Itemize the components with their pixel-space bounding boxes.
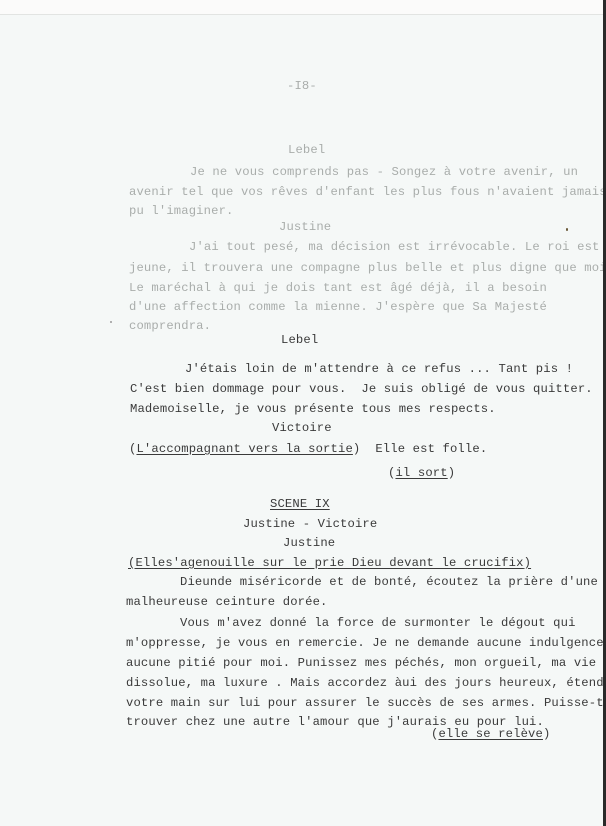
speaker-name: Lebel	[288, 144, 325, 156]
typewritten-page: -I8- Lebel Je ne vous comprends pas - So…	[0, 0, 603, 826]
stage-direction: Elles'agenouille sur le prie Dieu devant…	[135, 556, 523, 570]
ink-speck	[566, 228, 568, 231]
stage-direction-line: (L'accompagnant vers la sortie) Elle est…	[129, 443, 487, 455]
dialogue-line: J'étais loin de m'attendre à ce refus ..…	[185, 363, 573, 375]
stage-direction-line: (Elles'agenouille sur le prie Dieu devan…	[128, 557, 531, 569]
stage-direction: L'accompagnant vers la sortie	[136, 442, 352, 456]
dialogue-line: aucune pitié pour moi. Punissez mes péch…	[126, 657, 596, 669]
dialogue-line: Mademoiselle, je vous présente tous mes …	[130, 403, 496, 415]
dialogue-line: pu l'imaginer.	[129, 205, 234, 217]
dialogue-line: J'ai tout pesé, ma décision est irrévoca…	[189, 241, 600, 253]
dialogue-line: dissolue, ma luxure . Mais accordez àui …	[126, 677, 606, 689]
ink-speck	[110, 321, 112, 323]
scene-title: SCENE IX	[270, 498, 330, 510]
scene-characters: Justine - Victoire	[243, 518, 377, 530]
dialogue-line: d'une affection comme la mienne. J'espèr…	[129, 301, 547, 313]
dialogue-line: m'oppresse, je vous en remercie. Je ne d…	[126, 637, 604, 649]
dialogue-line: comprendra.	[129, 320, 211, 332]
dialogue-line: Je ne vous comprends pas - Songez à votr…	[190, 166, 578, 178]
exit-direction: elle se relève	[438, 727, 543, 741]
exit-direction: il sort	[395, 466, 447, 480]
speaker-name: Lebel	[281, 334, 318, 346]
dialogue-line: Le maréchal à qui je dois tant est âgé d…	[129, 282, 547, 294]
exit-direction-line: (elle se relève)	[431, 728, 550, 740]
exit-direction-line: (il sort)	[388, 467, 455, 479]
dialogue-line: Elle est folle.	[375, 442, 487, 456]
dialogue-line: malheureuse ceinture dorée.	[126, 596, 328, 608]
speaker-name: Victoire	[272, 422, 332, 434]
page-number: -I8-	[287, 80, 317, 92]
dialogue-line: Dieunde miséricorde et de bonté, écoutez…	[180, 576, 598, 588]
dialogue-line: Vous m'avez donné la force de surmonter …	[180, 617, 576, 629]
dialogue-line: C'est bien dommage pour vous. Je suis ob…	[130, 383, 593, 395]
dialogue-line: votre main sur lui pour assurer le succè…	[126, 697, 606, 709]
speaker-name: Justine	[279, 221, 331, 233]
dialogue-line: jeune, il trouvera une compagne plus bel…	[129, 262, 606, 274]
dialogue-line: avenir tel que vos rêves d'enfant les pl…	[129, 186, 606, 198]
speaker-name: Justine	[283, 537, 335, 549]
scan-top-strip	[0, 0, 603, 15]
